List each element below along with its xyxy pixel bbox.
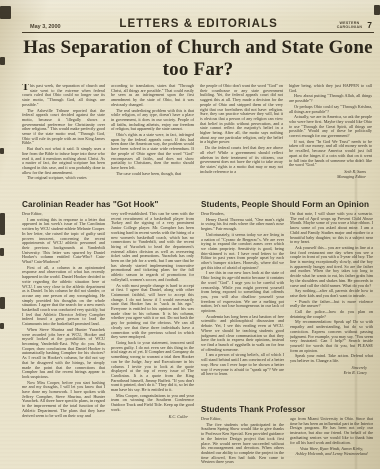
paragraph: The case could have been, though, that [111,172,194,177]
paper-name-line2: CAROLINIAN [337,25,363,29]
paragraph: Ashley Holcomb, and Lenny Westmoreland [290,452,373,457]
letter-column: Dear Readers,Henry David Thoreau said, "… [201,212,284,400]
paragraph: The original scripture, which varies [22,176,105,181]
paragraph: Unfortunately, it seems today we are liv… [201,233,284,271]
paragraph: very well-established. This can be seen … [111,212,194,283]
letter-thank-professor: Dear Editor,The five students who partic… [201,417,374,469]
paragraph: Or perhaps Ohio could say "Through Krish… [289,105,372,114]
paragraph: Ask yourself this... you are waiting in … [290,246,373,288]
right-letters: Students, People Should Form an Opinion … [201,195,374,469]
paragraph: Henry David Thoreau said, "One man's rig… [201,218,284,232]
letter-column: This past week, the separation of church… [22,84,105,195]
paragraph: • Punch the father—but is more violence … [290,300,373,309]
paragraph: according to translation, states that "T… [111,84,194,108]
scan-artifact [374,5,380,15]
paragraph: The real underlining problem with this i… [111,109,194,133]
letter-column: On that note, I will share with you a sc… [290,212,373,400]
scan-artifact [0,148,4,154]
paragraph: Academia has long been a last bastion of… [201,315,284,353]
letter-column: higher being, which they just HAPPEN to … [289,84,372,195]
paragraph: Dear Readers, [201,212,284,217]
paragraph: My recommendation: Speak up! Do so with … [290,320,373,353]
paragraph: the people of Ohio don't want the word "… [200,84,283,145]
paragraph: How about putting "Through Allah, all th… [289,94,372,103]
paragraph: Dear Editor, [22,212,105,217]
paragraph: Managing Editor [289,175,372,180]
paragraph: Do the federal courts feel that they are… [200,146,283,174]
letter-column: ago from Miami University in Ohio. Since… [290,417,373,469]
paragraph: Erin R. Casey [290,371,373,376]
signature: K.C. Culler [111,415,194,420]
scan-artifact [0,297,5,309]
paper-name: WESTERN CAROLINIAN [337,21,363,29]
masthead-right: WESTERN CAROLINIAN 7 [337,20,374,30]
main-headline: Has Separation of Church and State Gone … [22,37,374,81]
paragraph: Miss Cooper, congratulations to you and … [111,394,194,413]
paragraph: First of all, a column is an opinionated… [22,266,105,327]
paragraph: The Asheville Tribune reported that the … [22,109,105,147]
letter-headline: Students Thank Professor [201,405,374,414]
paragraph: I see this in our new laws look at the s… [201,271,284,313]
masthead: May 3, 2000 LETTERS & EDITORIALS WESTERN… [22,14,374,33]
scan-artifact [0,57,5,65]
letter-column: according to translation, states that "T… [111,84,194,195]
letter-column: the people of Ohio don't want the word "… [200,84,283,195]
letter-headline: Students, People Should Form an Opinion [201,200,374,209]
page-number: 7 [367,20,372,30]
paragraph: Ohio's rights as a state were, in fact, … [111,133,194,171]
issue-date: May 3, 2000 [22,24,61,30]
column-text: very well-established. This can be seen … [111,212,194,413]
signature: Vista Ware, Ryan Windt, Aaron Kirby,Ashl… [290,447,373,456]
letter-column: very well-established. This can be seen … [111,212,194,468]
paragraph: On that note, I will share with you a sc… [290,212,373,245]
scan-artifact [0,213,5,235]
paragraph: As with most people change is hard to ac… [111,284,194,340]
letter-church-state: This past week, the separation of church… [22,84,374,195]
column-text: higher being, which they just HAPPEN to … [289,84,372,168]
paragraph: Now Miss Cooper, before you start bashin… [22,381,105,419]
paragraph: If not, then "In God We Trust" needs to … [289,140,372,168]
paragraph: Speak your mind. Take action. Defend wha… [290,354,373,363]
paragraph: Say nothing—after all, parents decide ho… [290,289,373,298]
paragraph: When Steve Shurina and Hunter Yurachek w… [22,328,105,380]
letter-column: Dear Editor,The five students who partic… [201,417,284,469]
signature: Seth R. SamsManaging Editor [289,170,372,179]
scan-artifact [0,323,4,329]
paragraph: Call the police—how do you plan on detai… [290,310,373,319]
paragraph: This past week, the separation of church… [22,84,105,108]
scan-artifact [0,6,11,19]
paragraph: Actually, we are in America, so ask the … [289,115,372,139]
paragraph: ago from Miami University in Ohio. Since… [290,417,373,445]
paragraph: But that's not what it said. It simply u… [22,147,105,175]
paragraph: Going back to your statement, innocent u… [111,341,194,393]
scan-artifact [0,248,4,256]
signature: SincerelyErin R. Casey [290,366,373,375]
paragraph: The five students who participated in th… [201,423,284,465]
paragraph: I am a person of strong beliefs, all of … [201,353,284,377]
letter-column: Dear Editor,I am writing this in respons… [22,212,105,468]
column-text: On that note, I will share with you a sc… [290,212,373,364]
paragraph: Dear Editor, [201,417,284,422]
column-text: ago from Miami University in Ohio. Since… [290,417,373,445]
letter-got-hook: Carolinian Reader has "Got Hook" Dear Ed… [22,195,195,469]
paragraph: K.C. Culler [111,415,194,420]
letter-form-opinion: Dear Readers,Henry David Thoreau said, "… [201,212,374,400]
section-title: LETTERS & EDITORIALS [119,18,278,30]
paragraph: higher being, which they just HAPPEN to … [289,84,372,93]
letter-headline: Carolinian Reader has "Got Hook" [22,200,195,209]
newspaper-page: May 3, 2000 LETTERS & EDITORIALS WESTERN… [0,0,380,469]
paragraph: I am writing this in response to a lette… [22,218,105,265]
